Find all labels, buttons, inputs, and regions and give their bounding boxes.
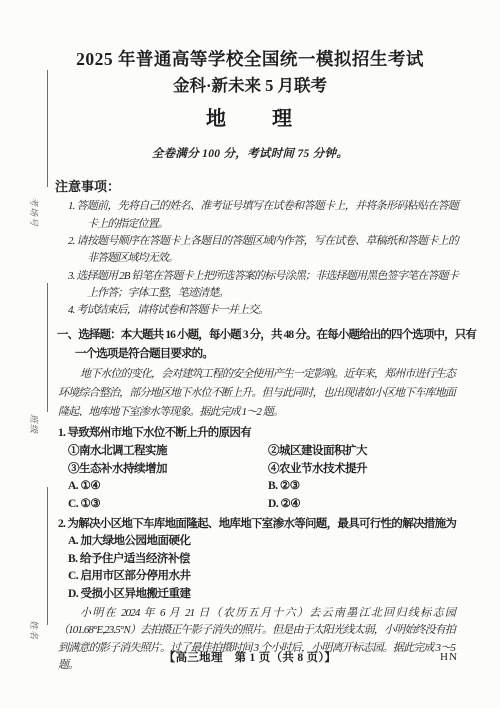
option-cell: ③生态补水持续增加 (68, 461, 268, 478)
notice-list: 1. 答题前，先将自己的姓名、准考证号填写在试卷和答题卡上，并将条形码粘贴在答题… (68, 198, 458, 319)
choice-item: A. 加大绿地公园地面硬化 (68, 533, 458, 551)
question-2-stem: 2. 为解决小区地下车库地面隆起、地库地下室渗水等问题，最具可行性的解决措施为 (58, 516, 472, 532)
exam-title: 2025 年普通高等学校全国统一模拟招生考试 (42, 48, 458, 71)
notice-item: 4. 考试结束后，请将试卷和答题卡一并上交。 (68, 302, 458, 319)
question-1-stem: 1. 导致郑州市地下水位不断上升的原因有 (58, 425, 472, 441)
question-2-choices: A. 加大绿地公园地面硬化 B. 给予住户适当经济补偿 C. 启用市区部分停用水… (68, 533, 458, 603)
choice-cell: A. ①④ (68, 478, 268, 495)
option-cell: ②城区建设面积扩大 (268, 443, 458, 460)
choice-cell: B. ②③ (268, 478, 458, 495)
binding-label-class: 班级 (28, 414, 41, 434)
subject-title: 地 理 (42, 107, 458, 132)
question-1-options: ①南水北调工程实施 ②城区建设面积扩大 ③生态补水持续增加 ④农业节水技术提升 … (68, 443, 458, 513)
choice-cell: C. ①③ (68, 496, 268, 513)
notice-item: 1. 答题前，先将自己的姓名、准考证号填写在试卷和答题卡上，并将条形码粘贴在答题… (68, 198, 458, 233)
binding-label-exam-room: 考场号 (28, 197, 41, 227)
notice-item: 2. 请按题号顺序在答题卡上各题目的答题区域内作答，写在试卷、草稿纸和答题卡上的… (68, 233, 458, 268)
exam-subtitle: 金科·新未来 5 月联考 (42, 76, 458, 97)
footer-region-code: HN (440, 651, 458, 663)
choice-item: C. 启用市区部分停用水井 (68, 568, 458, 586)
passage-q1-q2: 地下水位的变化，会对建筑工程的安全使用产生一定影响。近年来，郑州市进行生态环境综… (58, 365, 455, 422)
exam-paper-page: 考场号 班级 姓名 2025 年普通高等学校全国统一模拟招生考试 金科·新未来 … (0, 0, 500, 708)
page-content: 2025 年普通高等学校全国统一模拟招生考试 金科·新未来 5 月联考 地 理 … (42, 48, 458, 675)
section-heading: 一、选择题：本大题共 16 小题，每小题 3 分，共 48 分。在每小题给出的四… (57, 326, 476, 363)
choice-item: B. 给予住户适当经济补偿 (68, 551, 458, 569)
choice-cell: D. ②④ (268, 496, 458, 513)
option-cell: ④农业节水技术提升 (268, 461, 458, 478)
option-cell: ①南水北调工程实施 (68, 443, 268, 460)
exam-info: 全卷满分 100 分，考试时间 75 分钟。 (42, 145, 458, 161)
footer-page-number: 【高三地理 第 1 页（共 8 页）】 (0, 649, 500, 665)
notice-item: 3. 选择题用 2B 铅笔在答题卡上把所选答案的标号涂黑；非选择题用黑色签字笔在… (68, 268, 458, 303)
choice-item: D. 受损小区异地搬迁重建 (68, 586, 458, 604)
notice-heading: 注意事项： (55, 176, 458, 195)
binding-label-name: 姓名 (28, 620, 41, 640)
